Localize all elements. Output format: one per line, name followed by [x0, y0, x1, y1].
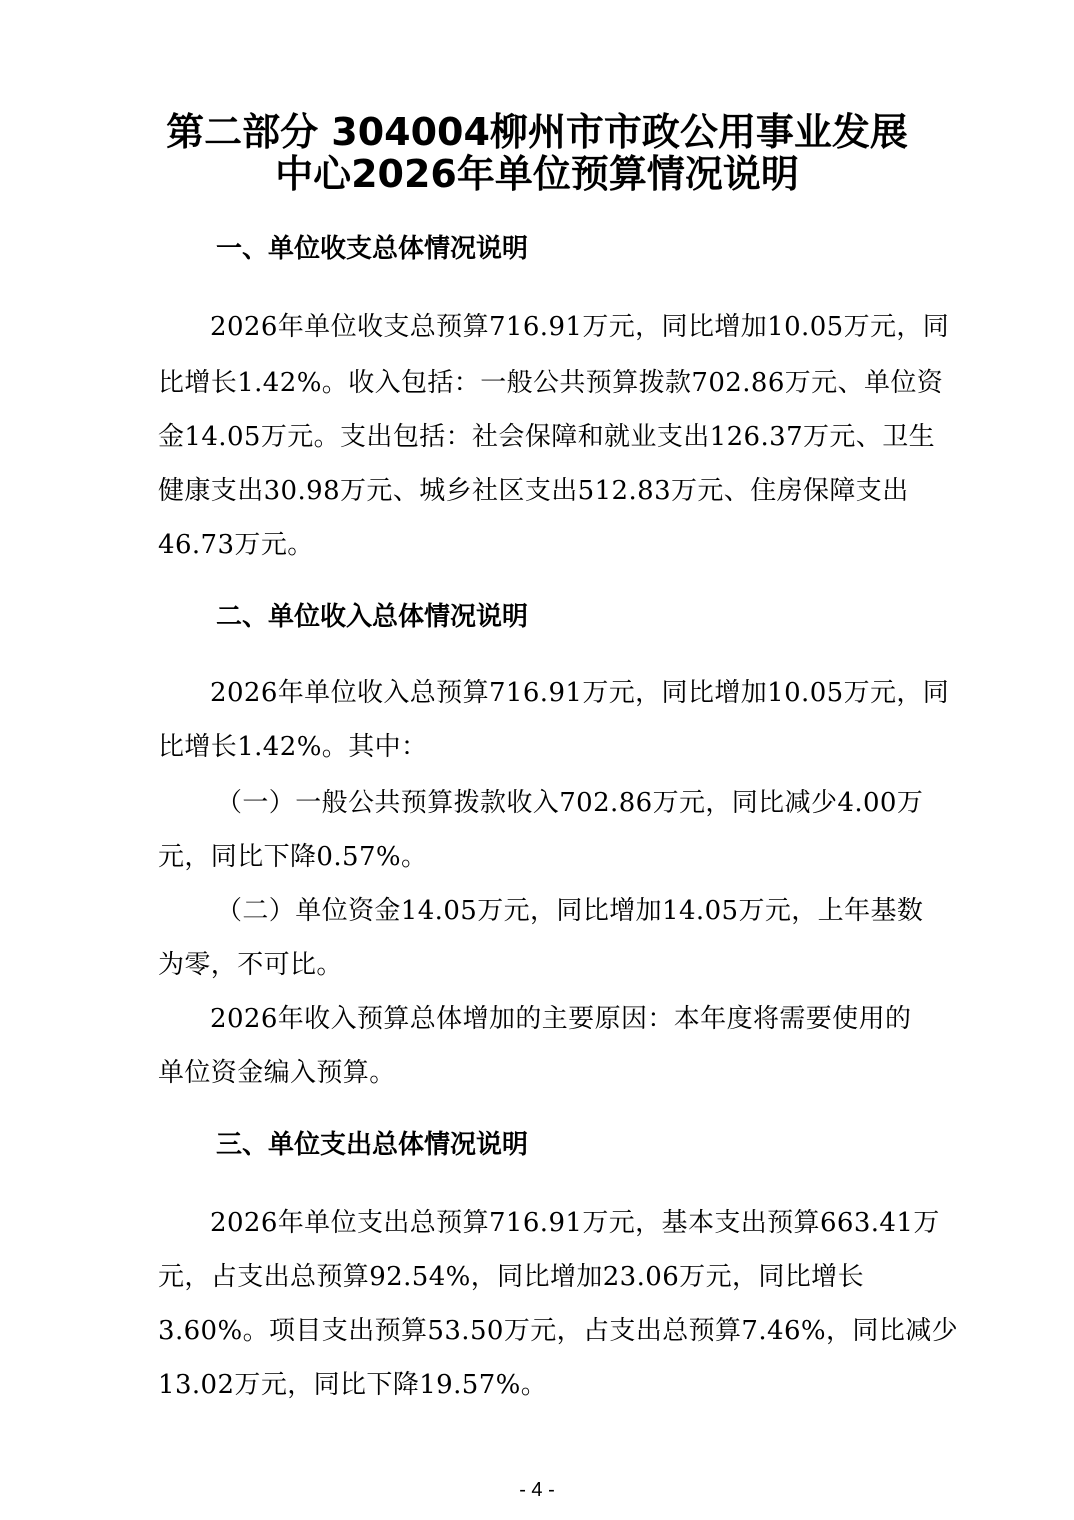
paragraph-line: 健康支出30.98万元、城乡社区支出512.83万元、住房保障支出: [158, 474, 909, 508]
paragraph-line: （二）单位资金14.05万元，同比增加14.05万元，上年基数: [216, 894, 923, 928]
paragraph-line: 2026年单位支出总预算716.91万元，基本支出预算663.41万: [210, 1206, 940, 1240]
paragraph-line: 比增长1.42%。收入包括：一般公共预算拨款702.86万元、单位资: [158, 366, 943, 400]
page-number: - 4 -: [0, 1478, 1074, 1502]
paragraph-line: 2026年单位收入总预算716.91万元，同比增加10.05万元，同: [210, 676, 949, 710]
paragraph-line: 比增长1.42%。其中：: [158, 730, 427, 764]
paragraph-line: 为零，不可比。: [158, 948, 343, 982]
paragraph-line: 2026年收入预算总体增加的主要原因：本年度将需要使用的: [210, 1002, 911, 1036]
paragraph-line: 金14.05万元。支出包括：社会保障和就业支出126.37万元、卫生: [158, 420, 935, 454]
section-heading-2: 二、单位收入总体情况说明: [216, 600, 528, 634]
paragraph-line: 单位资金编入预算。: [158, 1056, 396, 1090]
section-heading-1: 一、单位收支总体情况说明: [216, 232, 528, 266]
paragraph-line: 3.60%。项目支出预算53.50万元，占支出总预算7.46%，同比减少: [158, 1314, 958, 1348]
document-page: 第二部分 304004柳州市市政公用事业发展 中心2026年单位预算情况说明 一…: [0, 0, 1074, 1520]
paragraph-line: 2026年单位收支总预算716.91万元，同比增加10.05万元，同: [210, 310, 949, 344]
section-heading-3: 三、单位支出总体情况说明: [216, 1128, 528, 1162]
paragraph-line: 46.73万元。: [158, 528, 314, 562]
paragraph-line: 元，同比下降0.57%。: [158, 840, 427, 874]
paragraph-line: （一）一般公共预算拨款收入702.86万元，同比减少4.00万: [216, 786, 923, 820]
paragraph-line: 13.02万元，同比下降19.57%。: [158, 1368, 547, 1402]
document-title-line-2: 中心2026年单位预算情况说明: [0, 150, 1074, 198]
paragraph-line: 元，占支出总预算92.54%，同比增加23.06万元，同比增长: [158, 1260, 864, 1294]
document-title-line-1: 第二部分 304004柳州市市政公用事业发展: [0, 108, 1074, 156]
